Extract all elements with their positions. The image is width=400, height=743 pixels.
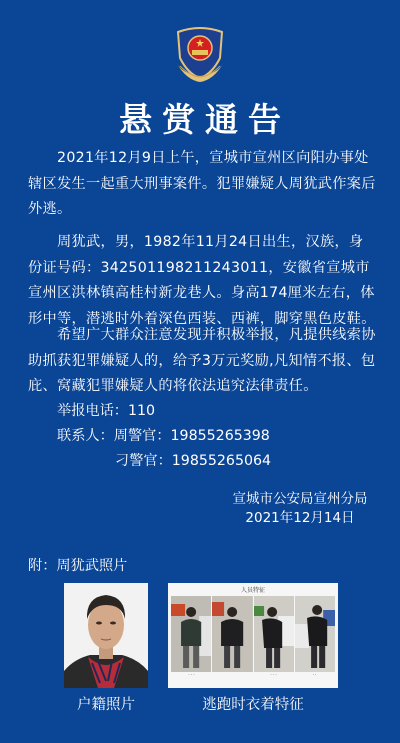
attachment-label: 附：周犹武照片: [28, 555, 127, 575]
cctv-frame: [212, 596, 252, 672]
issuing-organization: 宣城市公安局宣州分局: [220, 490, 380, 508]
contact-row-2: 刁警官：19855265064: [115, 449, 271, 475]
contact-label: 联系人：: [57, 428, 114, 444]
officer1-name: 周警官：: [114, 428, 171, 444]
reward-paragraph: 希望广大群众注意发现并积极举报，凡提供线索协助抓获犯罪嫌疑人的，给予3万元奖励,…: [28, 323, 376, 400]
officer2-name: 刁警官：: [115, 453, 172, 469]
cctv-frame-captions: · · ·· · ·· ·: [171, 672, 335, 685]
officer2-phone[interactable]: 19855265064: [172, 453, 271, 469]
officer1-phone[interactable]: 19855265398: [171, 428, 270, 444]
cctv-frame: [295, 596, 335, 672]
issue-date: 2021年12月14日: [220, 509, 380, 527]
id-photo-caption: 户籍照片: [64, 693, 148, 714]
contact-row-1: 联系人：周警官：19855265398: [57, 424, 270, 450]
cctv-frame: [254, 596, 294, 672]
hotline-row: 举报电话：110: [57, 399, 155, 425]
cctv-header: 人员特征: [171, 586, 335, 596]
id-photo: [64, 583, 148, 688]
suspect-description-paragraph: 周犹武，男，1982年11月24日出生，汉族，身份证号码：34250119821…: [28, 230, 376, 332]
police-emblem-icon: [172, 26, 228, 84]
case-paragraph: 2021年12月9日上午，宣城市宣州区向阳办事处辖区发生一起重大刑事案件。犯罪嫌…: [28, 146, 376, 223]
hotline-number[interactable]: 110: [128, 403, 155, 419]
hotline-label: 举报电话：: [57, 403, 128, 419]
page-title: 悬赏通告: [0, 94, 400, 141]
cctv-photo-caption: 逃跑时衣着特征: [168, 693, 338, 714]
cctv-photo: 人员特征: [168, 583, 338, 688]
cctv-frame: [171, 596, 211, 672]
